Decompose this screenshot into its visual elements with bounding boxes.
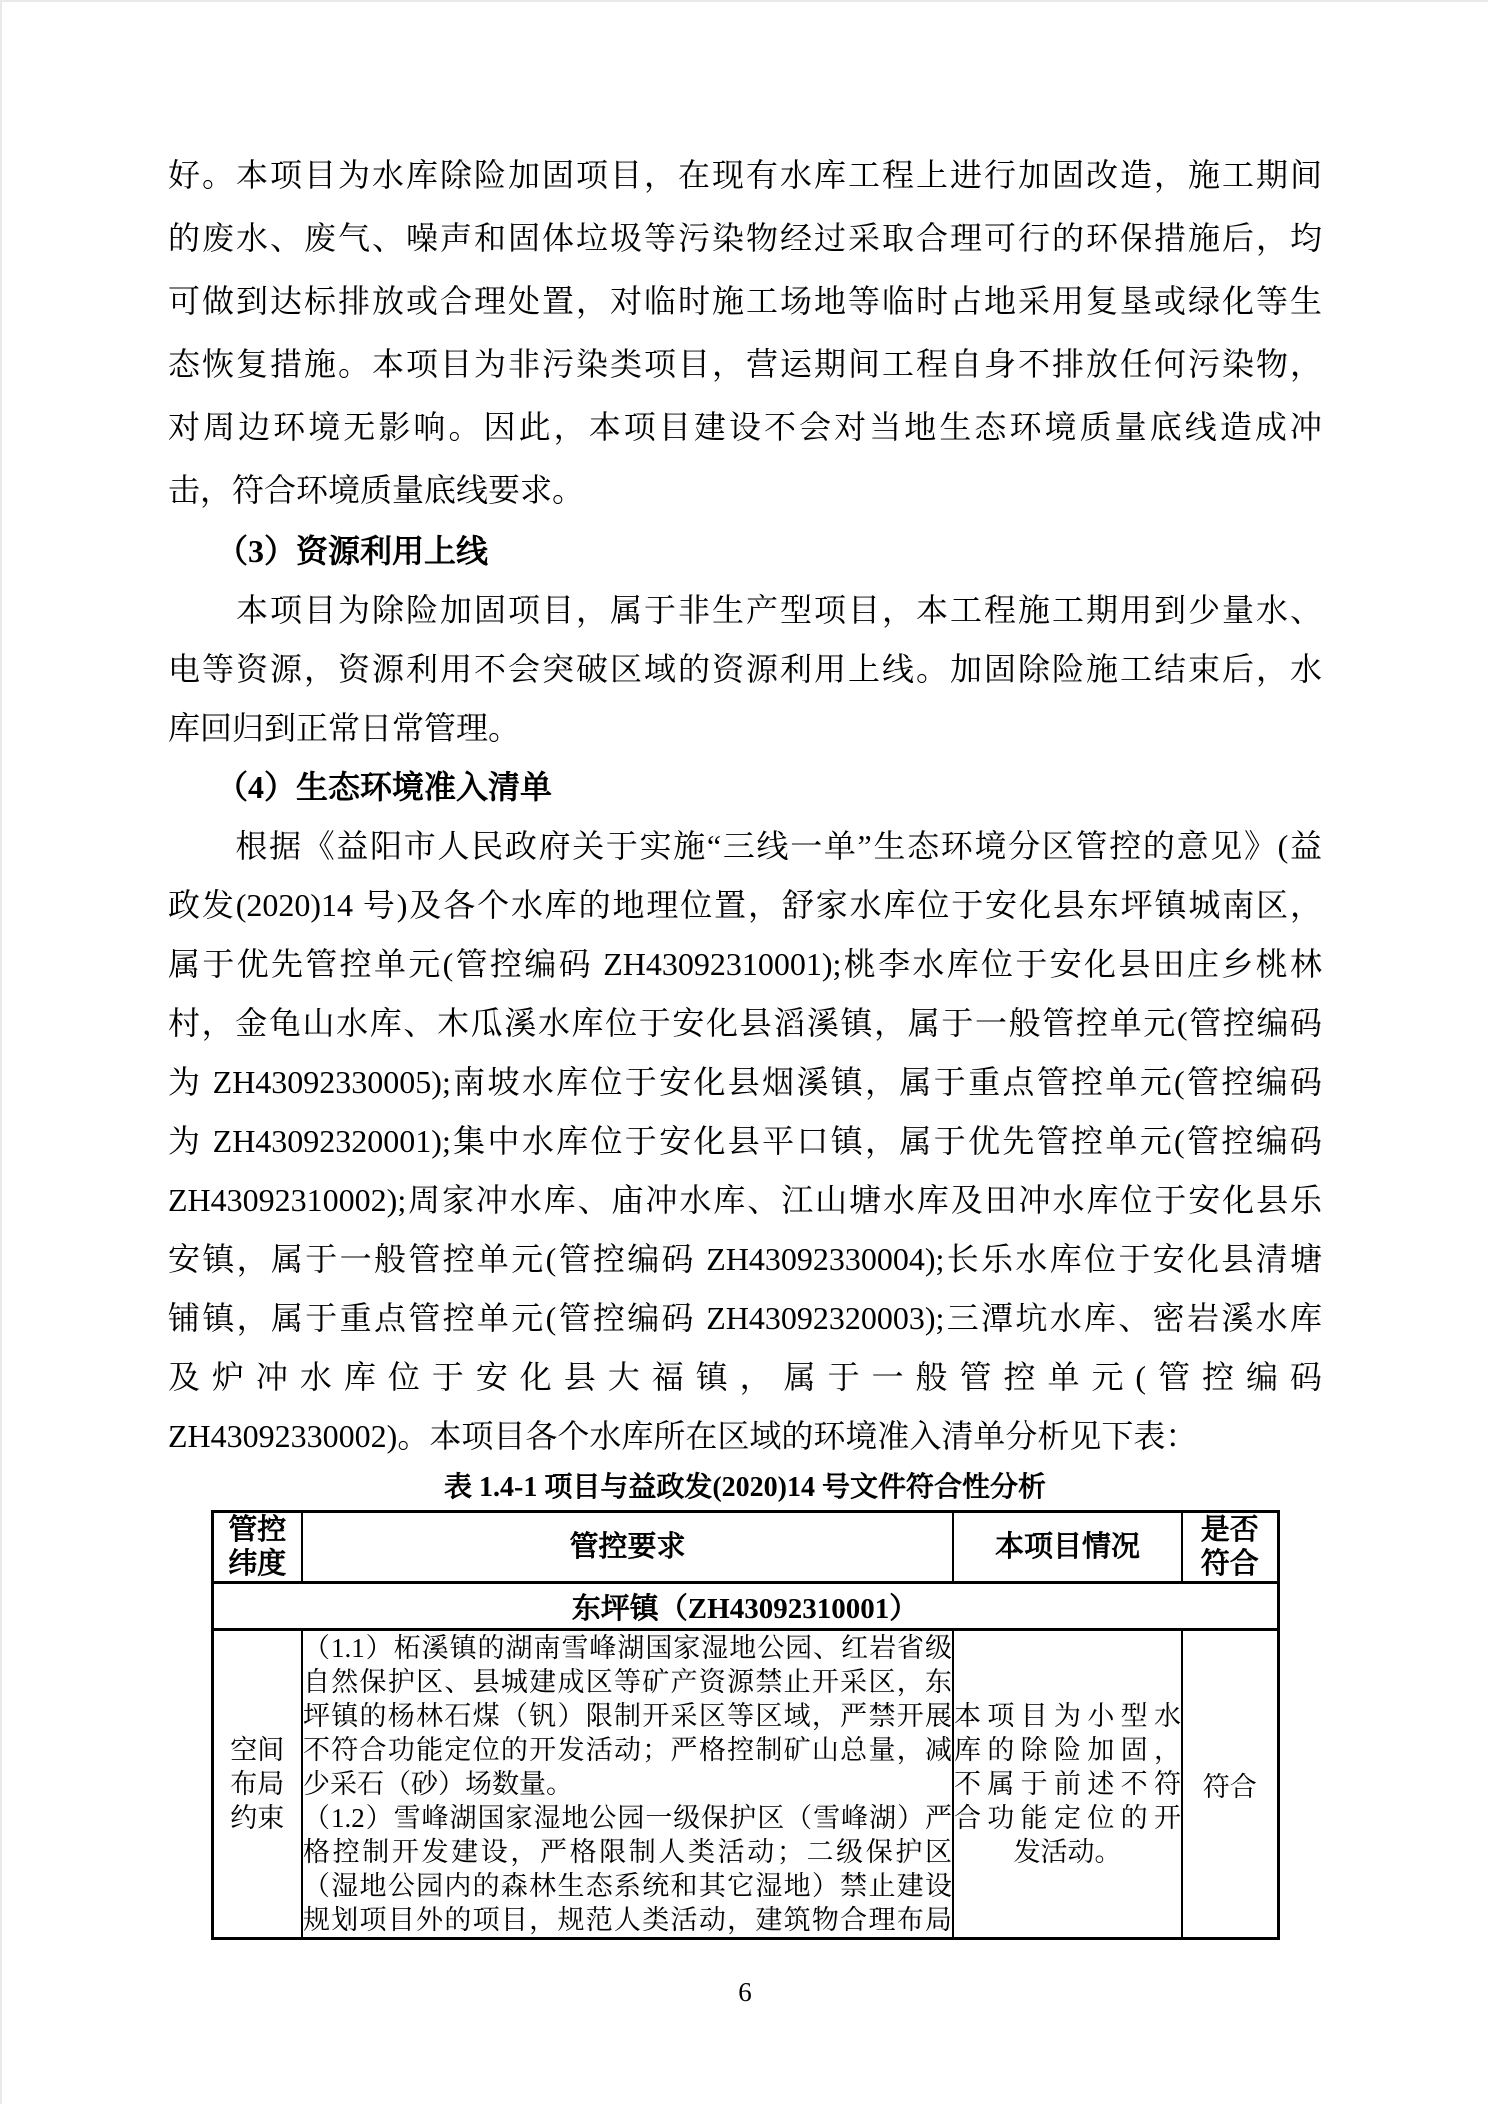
- text-line: 及炉冲水库位于安化县大福镇，属于一般管控单元(管控编码: [168, 1348, 1322, 1407]
- text-line: 坪镇的杨林石煤（钒）限制开采区等区域，严禁开展: [303, 1699, 952, 1733]
- header-project-situation: 本项目情况: [953, 1512, 1182, 1583]
- text-line: 布局: [214, 1767, 302, 1801]
- text-line: 属于优先管控单元(管控编码 ZH43092310001);桃李水库位于安化县田庄…: [168, 935, 1322, 994]
- text-line: （1.1）柘溪镇的湖南雪峰湖国家湿地公园、红岩省级: [303, 1631, 952, 1665]
- text-line: 库的除险加固，: [954, 1733, 1181, 1767]
- text-line: 本项目为除险加固项目，属于非生产型项目，本工程施工期用到少量水、: [168, 581, 1322, 640]
- table-header-row: 管控 纬度 管控要求 本项目情况 是否 符合: [212, 1512, 1278, 1583]
- text-line: 可做到达标排放或合理处置，对临时施工场地等临时占地采用复垦或绿化等生: [168, 270, 1322, 333]
- heading-eco-access-list: （4）生态环境准入清单: [168, 758, 1322, 817]
- text-line: 村，金龟山水库、木瓜溪水库位于安化县滔溪镇，属于一般管控单元(管控编码: [168, 994, 1322, 1053]
- text-line: 规划项目外的项目，规范人类活动，建筑物合理布局: [303, 1903, 952, 1937]
- header-control-dimension: 管控 纬度: [212, 1512, 302, 1583]
- text-line: 少采石（砂）场数量。: [303, 1767, 952, 1801]
- text-line: 电等资源，资源利用不会突破区域的资源利用上线。加固除险施工结束后，水: [168, 640, 1322, 699]
- page-content: 好。本项目为水库除险加固项目，在现有水库工程上进行加固改造，施工期间的废水、废气…: [2, 2, 1488, 2010]
- cell-dimension: 空间布局约束: [212, 1630, 302, 1939]
- text-line: （湿地公园内的森林生态系统和其它湿地）禁止建设: [303, 1869, 952, 1903]
- text-line: 约束: [214, 1801, 302, 1835]
- text-line: 为 ZH43092320001);集中水库位于安化县平口镇，属于优先管控单元(管…: [168, 1112, 1322, 1171]
- text-line: 政发(2020)14 号)及各个水库的地理位置，舒家水库位于安化县东坪镇城南区，: [168, 876, 1322, 935]
- text-line: 对周边环境无影响。因此，本项目建设不会对当地生态环境质量底线造成冲: [168, 396, 1322, 459]
- heading-resource-use-limit: （3）资源利用上线: [168, 522, 1322, 581]
- table-caption: 表 1.4-1 项目与益政发(2020)14 号文件符合性分析: [168, 1466, 1322, 1510]
- cell-project-situation: 本项目为小型水库的除险加固，不属于前述不符合功能定位的开发活动。: [953, 1630, 1182, 1939]
- text-line: 自然保护区、县城建成区等矿产资源禁止开采区，东: [303, 1665, 952, 1699]
- cell-requirements: （1.1）柘溪镇的湖南雪峰湖国家湿地公园、红岩省级自然保护区、县城建成区等矿产资…: [302, 1630, 953, 1939]
- text-line: 好。本项目为水库除险加固项目，在现有水库工程上进行加固改造，施工期间: [168, 144, 1322, 207]
- text-line: 铺镇，属于重点管控单元(管控编码 ZH43092320003);三潭坑水库、密岩…: [168, 1289, 1322, 1348]
- section-row-label: 东坪镇（ZH43092310001）: [212, 1583, 1278, 1630]
- text-line: 合功能定位的开: [954, 1801, 1181, 1835]
- text-line: 本项目为小型水: [954, 1699, 1181, 1733]
- text-line: 不属于前述不符: [954, 1767, 1181, 1801]
- text-line: 为 ZH43092330005);南坡水库位于安化县烟溪镇，属于重点管控单元(管…: [168, 1053, 1322, 1112]
- text-line: 库回归到正常日常管理。: [168, 699, 1322, 758]
- text-line: 的废水、废气、噪声和固体垃圾等污染物经过采取合理可行的环保措施后，均: [168, 207, 1322, 270]
- text-line: 发活动。: [954, 1835, 1181, 1869]
- text-line: 格控制开发建设，严格限制人类活动；二级保护区: [303, 1835, 952, 1869]
- table-body-row: 空间布局约束 （1.1）柘溪镇的湖南雪峰湖国家湿地公园、红岩省级自然保护区、县城…: [212, 1630, 1278, 1939]
- text-line: 态恢复措施。本项目为非污染类项目，营运期间工程自身不排放任何污染物，: [168, 333, 1322, 396]
- paragraph-control-units: 根据《益阳市人民政府关于实施“三线一单”生态环境分区管控的意见》(益政发(202…: [168, 817, 1322, 1466]
- text-line: ZH43092330002)。本项目各个水库所在区域的环境准入清单分析见下表：: [168, 1407, 1322, 1466]
- cell-compliance: 符合: [1182, 1630, 1278, 1939]
- header-control-requirements: 管控要求: [302, 1512, 953, 1583]
- text-line: 空间: [214, 1733, 302, 1767]
- text-line: （1.2）雪峰湖国家湿地公园一级保护区（雪峰湖）严: [303, 1801, 952, 1835]
- section-row-dongping: 东坪镇（ZH43092310001）: [212, 1583, 1278, 1630]
- text-line: 安镇，属于一般管控单元(管控编码 ZH43092330004);长乐水库位于安化…: [168, 1230, 1322, 1289]
- paragraph-resource-use: 本项目为除险加固项目，属于非生产型项目，本工程施工期用到少量水、电等资源，资源利…: [168, 581, 1322, 758]
- text-line: 击，符合环境质量底线要求。: [168, 459, 1322, 522]
- document-page: 好。本项目为水库除险加固项目，在现有水库工程上进行加固改造，施工期间的废水、废气…: [0, 0, 1488, 2104]
- text-line: 根据《益阳市人民政府关于实施“三线一单”生态环境分区管控的意见》(益: [168, 817, 1322, 876]
- text-line: ZH43092310002);周家冲水库、庙冲水库、江山塘水库及田冲水库位于安化…: [168, 1171, 1322, 1230]
- text-line: 不符合功能定位的开发活动；严格控制矿山总量，减: [303, 1733, 952, 1767]
- page-number: 6: [168, 1974, 1322, 2010]
- header-compliance: 是否 符合: [1182, 1512, 1278, 1583]
- paragraph-environment-quality: 好。本项目为水库除险加固项目，在现有水库工程上进行加固改造，施工期间的废水、废气…: [168, 144, 1322, 522]
- compliance-analysis-table: 管控 纬度 管控要求 本项目情况 是否 符合 东坪镇（ZH43092310001…: [211, 1510, 1280, 1940]
